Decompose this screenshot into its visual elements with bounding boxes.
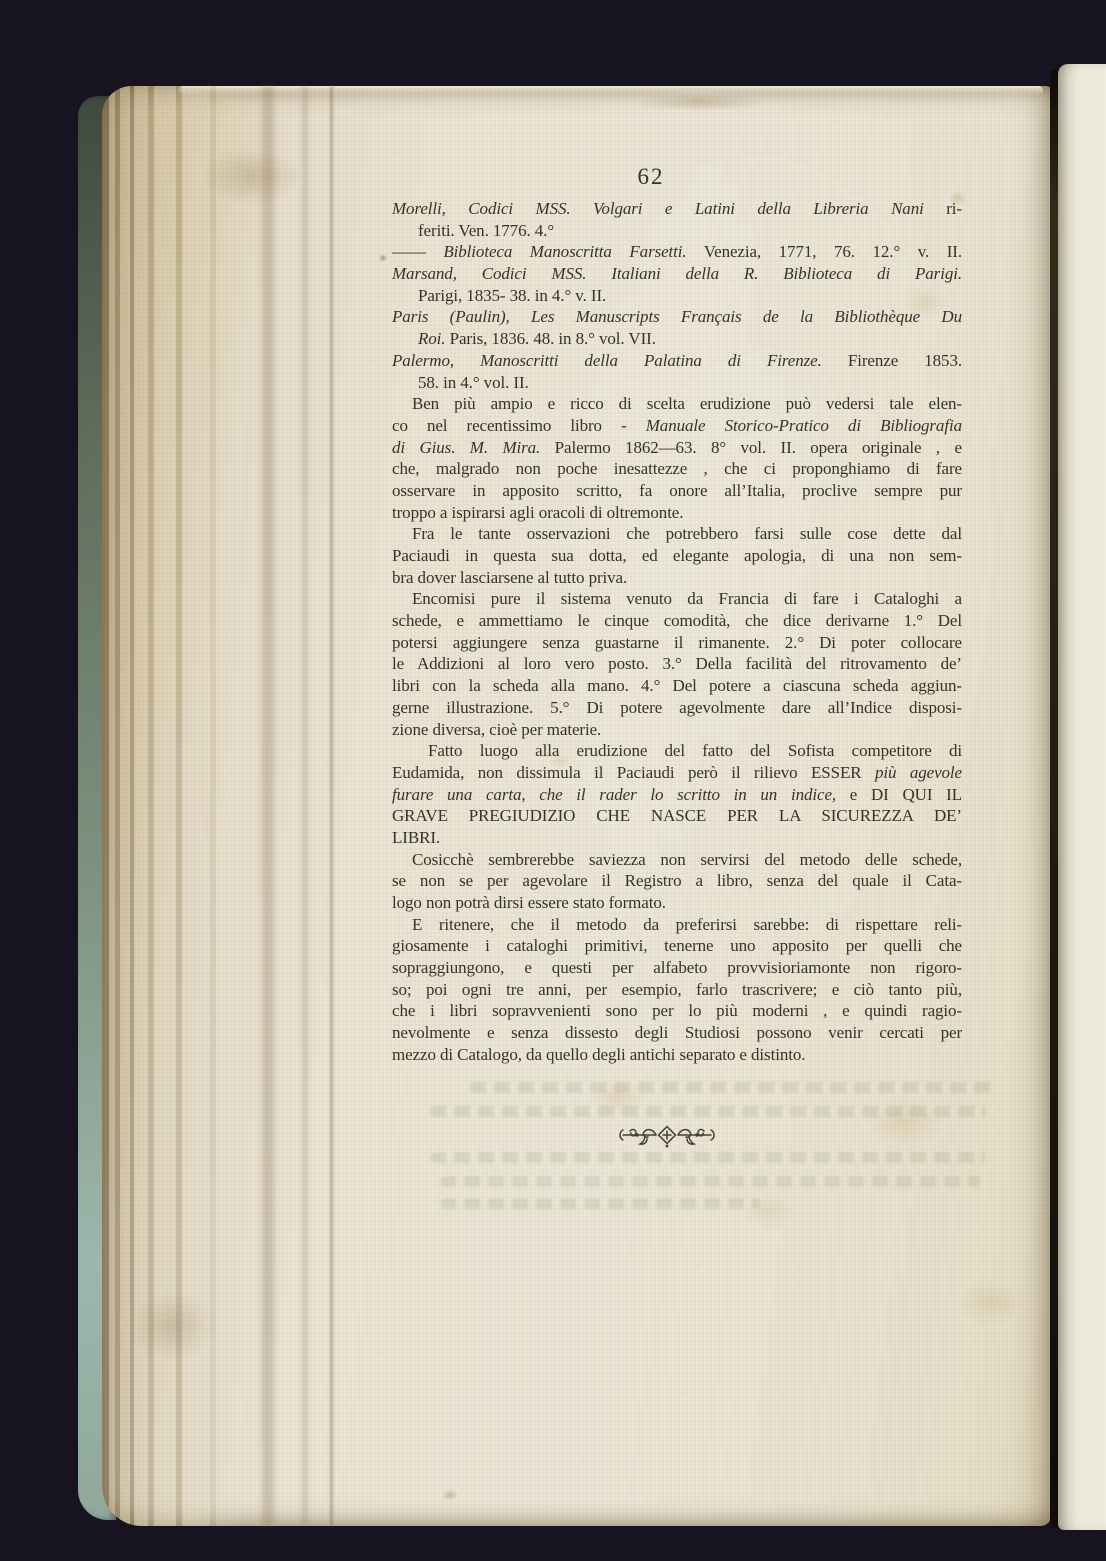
roman-text: feriti. Ven. 1776. 4.°	[418, 221, 554, 240]
italic-text: Manuale Storico-Pratico di Bibliografia	[646, 416, 962, 435]
text-line: LIBRI.	[392, 827, 962, 849]
text-line: mezzo di Catalogo, da quello degli antic…	[392, 1044, 962, 1066]
roman-text: GRAVE PREGIUDIZIO CHE NASCE PER LA SICUR…	[392, 806, 962, 825]
roman-text: giosamente i cataloghi primitivi, tenern…	[392, 936, 962, 955]
text-line: gerne illustrazione. 5.° Di potere agevo…	[392, 697, 962, 719]
text-line: feriti. Ven. 1776. 4.°	[392, 220, 962, 242]
italic-text: Marsand, Codici MSS. Italiani della R. B…	[392, 264, 962, 283]
text-line: che i libri sopravvenienti sono per lo p…	[392, 1000, 962, 1022]
roman-text: Venezia, 1771, 76. 12.° v. II.	[687, 242, 962, 261]
text-line: co nel recentissimo libro - Manuale Stor…	[392, 415, 962, 437]
roman-text: potersi aggiungere senza guastarne il ri…	[392, 633, 962, 652]
italic-text: Palermo, Manoscritti della Palatina di F…	[392, 351, 822, 370]
text-line: troppo a ispirarsi agli oracoli di oltre…	[392, 502, 962, 524]
text-line: Fra le tante osservazioni che potrebbero…	[392, 523, 962, 545]
text-line: zione diversa, cioè per materie.	[392, 719, 962, 741]
italic-text: Biblioteca Manoscritta Farsetti.	[443, 242, 686, 261]
roman-text: e DI QUI IL	[836, 785, 962, 804]
facing-page-edge	[1058, 64, 1106, 1530]
roman-text: ——	[392, 242, 443, 261]
text-line: so; poi ogni tre anni, per esempio, farl…	[392, 979, 962, 1001]
roman-text: bra dover lasciarsene al tutto priva.	[392, 568, 627, 587]
roman-text: Eudamida, non dissimula il Paciaudi però…	[392, 763, 875, 782]
text-line: sopraggiungono, e questi per alfabeto pr…	[392, 957, 962, 979]
italic-text: più agevole	[875, 763, 962, 782]
roman-text: libri con la scheda alla mano. 4.° Del p…	[392, 676, 962, 695]
roman-text: logo non potrà dirsi essere stato format…	[392, 893, 666, 912]
italic-text: Paris (Paulin), Les Manuscripts Français…	[392, 307, 962, 326]
text-line: le Addizioni al loro vero posto. 3.° Del…	[392, 653, 962, 675]
roman-text: che, malgrado non poche inesattezze , ch…	[392, 459, 962, 478]
text-line: nevolmente e senza dissesto degli Studio…	[392, 1022, 962, 1044]
roman-text: 58. in 4.° vol. II.	[418, 373, 529, 392]
text-line: Ben più ampio e ricco di scelta erudizio…	[392, 393, 962, 415]
italic-text: furare una carta, che il rader lo scritt…	[392, 785, 836, 804]
text-line: Fatto luogo alla erudizione del fatto de…	[392, 740, 962, 762]
text-line: —— Biblioteca Manoscritta Farsetti. Vene…	[392, 241, 962, 263]
text-block: Morelli, Codici MSS. Volgari e Latini de…	[392, 198, 962, 1066]
text-line: logo non potrà dirsi essere stato format…	[392, 892, 962, 914]
roman-text: Paciaudi in questa sua dotta, ed elegant…	[392, 546, 962, 565]
text-line: Encomisi pure il sistema venuto da Franc…	[392, 588, 962, 610]
text-line: di Gius. M. Mira. Palermo 1862—63. 8° vo…	[392, 437, 962, 459]
text-line: 58. in 4.° vol. II.	[392, 372, 962, 394]
text-line: Morelli, Codici MSS. Volgari e Latini de…	[392, 198, 962, 220]
page-text-area: 62 Morelli, Codici MSS. Volgari e Latini…	[392, 164, 962, 1155]
roman-text: so; poi ogni tre anni, per esempio, farl…	[392, 980, 962, 999]
bleed-through-line	[440, 1176, 980, 1187]
roman-text: ri-	[924, 199, 962, 218]
text-line: GRAVE PREGIUDIZIO CHE NASCE PER LA SICUR…	[392, 805, 962, 827]
text-line: osservare in apposito scritto, fa onore …	[392, 480, 962, 502]
text-line: furare una carta, che il rader lo scritt…	[392, 784, 962, 806]
roman-text: Fatto luogo alla erudizione del fatto de…	[428, 741, 962, 760]
italic-text: Morelli, Codici MSS. Volgari e Latini de…	[392, 199, 924, 218]
italic-text: di Gius. M. Mira.	[392, 438, 540, 457]
roman-text: Encomisi pure il sistema venuto da Franc…	[412, 589, 962, 608]
roman-text: gerne illustrazione. 5.° Di potere agevo…	[392, 698, 962, 717]
text-line: Parigi, 1835- 38. in 4.° v. II.	[392, 285, 962, 307]
bleed-through-line	[440, 1198, 760, 1209]
text-line: schede, e ammettiamo le cinque comodità,…	[392, 610, 962, 632]
roman-text: LIBRI.	[392, 828, 440, 847]
text-line: Cosicchè sembrerebbe saviezza non servir…	[392, 849, 962, 871]
roman-text: Firenze 1853.	[822, 351, 962, 370]
page-crease	[262, 86, 274, 1526]
roman-text: Parigi, 1835- 38. in 4.° v. II.	[418, 286, 606, 305]
text-line: E ritenere, che il metodo da preferirsi …	[392, 914, 962, 936]
roman-text: osservare in apposito scritto, fa onore …	[392, 481, 962, 500]
roman-text: Fra le tante osservazioni che potrebbero…	[412, 524, 962, 543]
roman-text: Paris, 1836. 48. in 8.° vol. VII.	[445, 329, 655, 348]
roman-text: schede, e ammettiamo le cinque comodità,…	[392, 611, 962, 630]
roman-text: mezzo di Catalogo, da quello degli antic…	[392, 1045, 805, 1064]
text-line: libri con la scheda alla mano. 4.° Del p…	[392, 675, 962, 697]
roman-text: Cosicchè sembrerebbe saviezza non servir…	[412, 850, 962, 869]
text-line: Eudamida, non dissimula il Paciaudi però…	[392, 762, 962, 784]
text-line: potersi aggiungere senza guastarne il ri…	[392, 632, 962, 654]
roman-text: nevolmente e senza dissesto degli Studio…	[392, 1023, 962, 1042]
stacked-page-edges	[102, 86, 252, 1526]
text-line: se non se per agevolare il Registro a li…	[392, 870, 962, 892]
page-number: 62	[366, 164, 936, 190]
text-line: giosamente i cataloghi primitivi, tenern…	[392, 935, 962, 957]
text-line: che, malgrado non poche inesattezze , ch…	[392, 458, 962, 480]
page-crease	[302, 86, 308, 1526]
roman-text: Ben più ampio e ricco di scelta erudizio…	[412, 394, 962, 413]
fleuron-ornament-icon	[382, 1120, 952, 1155]
roman-text: E ritenere, che il metodo da preferirsi …	[412, 915, 962, 934]
scan-background: { "colors":{ "bg":"#171321", "paper":"#e…	[0, 0, 1106, 1561]
roman-text: co nel recentissimo libro -	[392, 416, 646, 435]
roman-text: sopraggiungono, e questi per alfabeto pr…	[392, 958, 962, 977]
roman-text: se non se per agevolare il Registro a li…	[392, 871, 962, 890]
roman-text: troppo a ispirarsi agli oracoli di oltre…	[392, 503, 683, 522]
roman-text: che i libri sopravvenienti sono per lo p…	[392, 1001, 962, 1020]
page-crease	[330, 86, 333, 1526]
roman-text: Palermo 1862—63. 8° vol. II. opera origi…	[540, 438, 962, 457]
text-line: bra dover lasciarsene al tutto priva.	[392, 567, 962, 589]
italic-text: Roi.	[418, 329, 445, 348]
roman-text: zione diversa, cioè per materie.	[392, 720, 601, 739]
text-line: Roi. Paris, 1836. 48. in 8.° vol. VII.	[392, 328, 962, 350]
text-line: Paciaudi in questa sua dotta, ed elegant…	[392, 545, 962, 567]
text-line: Paris (Paulin), Les Manuscripts Français…	[392, 306, 962, 328]
roman-text: le Addizioni al loro vero posto. 3.° Del…	[392, 654, 962, 673]
text-line: Palermo, Manoscritti della Palatina di F…	[392, 350, 962, 372]
text-line: Marsand, Codici MSS. Italiani della R. B…	[392, 263, 962, 285]
